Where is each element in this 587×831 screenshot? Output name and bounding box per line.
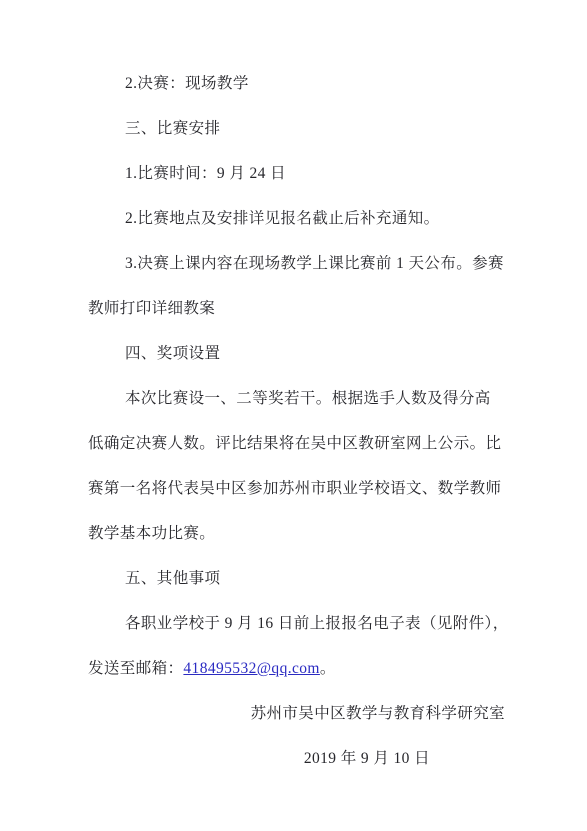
paragraph-final-content-1: 3.决赛上课内容在现场教学上课比赛前 1 天公布。参赛 [0, 241, 587, 286]
email-link[interactable]: 418495532@qq.com [183, 660, 320, 677]
paragraph-awards-4: 教学基本功比赛。 [0, 511, 587, 556]
paragraph-final-content-2: 教师打印详细教案 [0, 286, 587, 331]
document-page: 2.决赛：现场教学 三、比赛安排 1.比赛时间：9 月 24 日 2.比赛地点及… [0, 0, 587, 831]
section-heading-other: 五、其他事项 [0, 556, 587, 601]
email-label: 发送至邮箱： [88, 660, 183, 677]
paragraph-awards-1: 本次比赛设一、二等奖若干。根据选手人数及得分高 [0, 376, 587, 421]
paragraph-final-format: 2.决赛：现场教学 [0, 61, 587, 106]
paragraph-competition-place: 2.比赛地点及安排详见报名截止后补充通知。 [0, 196, 587, 241]
paragraph-awards-2: 低确定决赛人数。评比结果将在吴中区教研室网上公示。比 [0, 421, 587, 466]
section-heading-arrangement: 三、比赛安排 [0, 106, 587, 151]
paragraph-submission: 各职业学校于 9 月 16 日前上报报名电子表（见附件）， [0, 601, 587, 646]
section-heading-awards: 四、奖项设置 [0, 331, 587, 376]
signature-date: 2019 年 9 月 10 日 [0, 736, 587, 781]
signature-org: 苏州市吴中区教学与教育科学研究室 [0, 691, 587, 736]
paragraph-awards-3: 赛第一名将代表吴中区参加苏州市职业学校语文、数学教师 [0, 466, 587, 511]
paragraph-competition-time: 1.比赛时间：9 月 24 日 [0, 151, 587, 196]
email-line: 发送至邮箱：418495532@qq.com。 [0, 646, 587, 691]
email-line-period: 。 [320, 660, 336, 677]
